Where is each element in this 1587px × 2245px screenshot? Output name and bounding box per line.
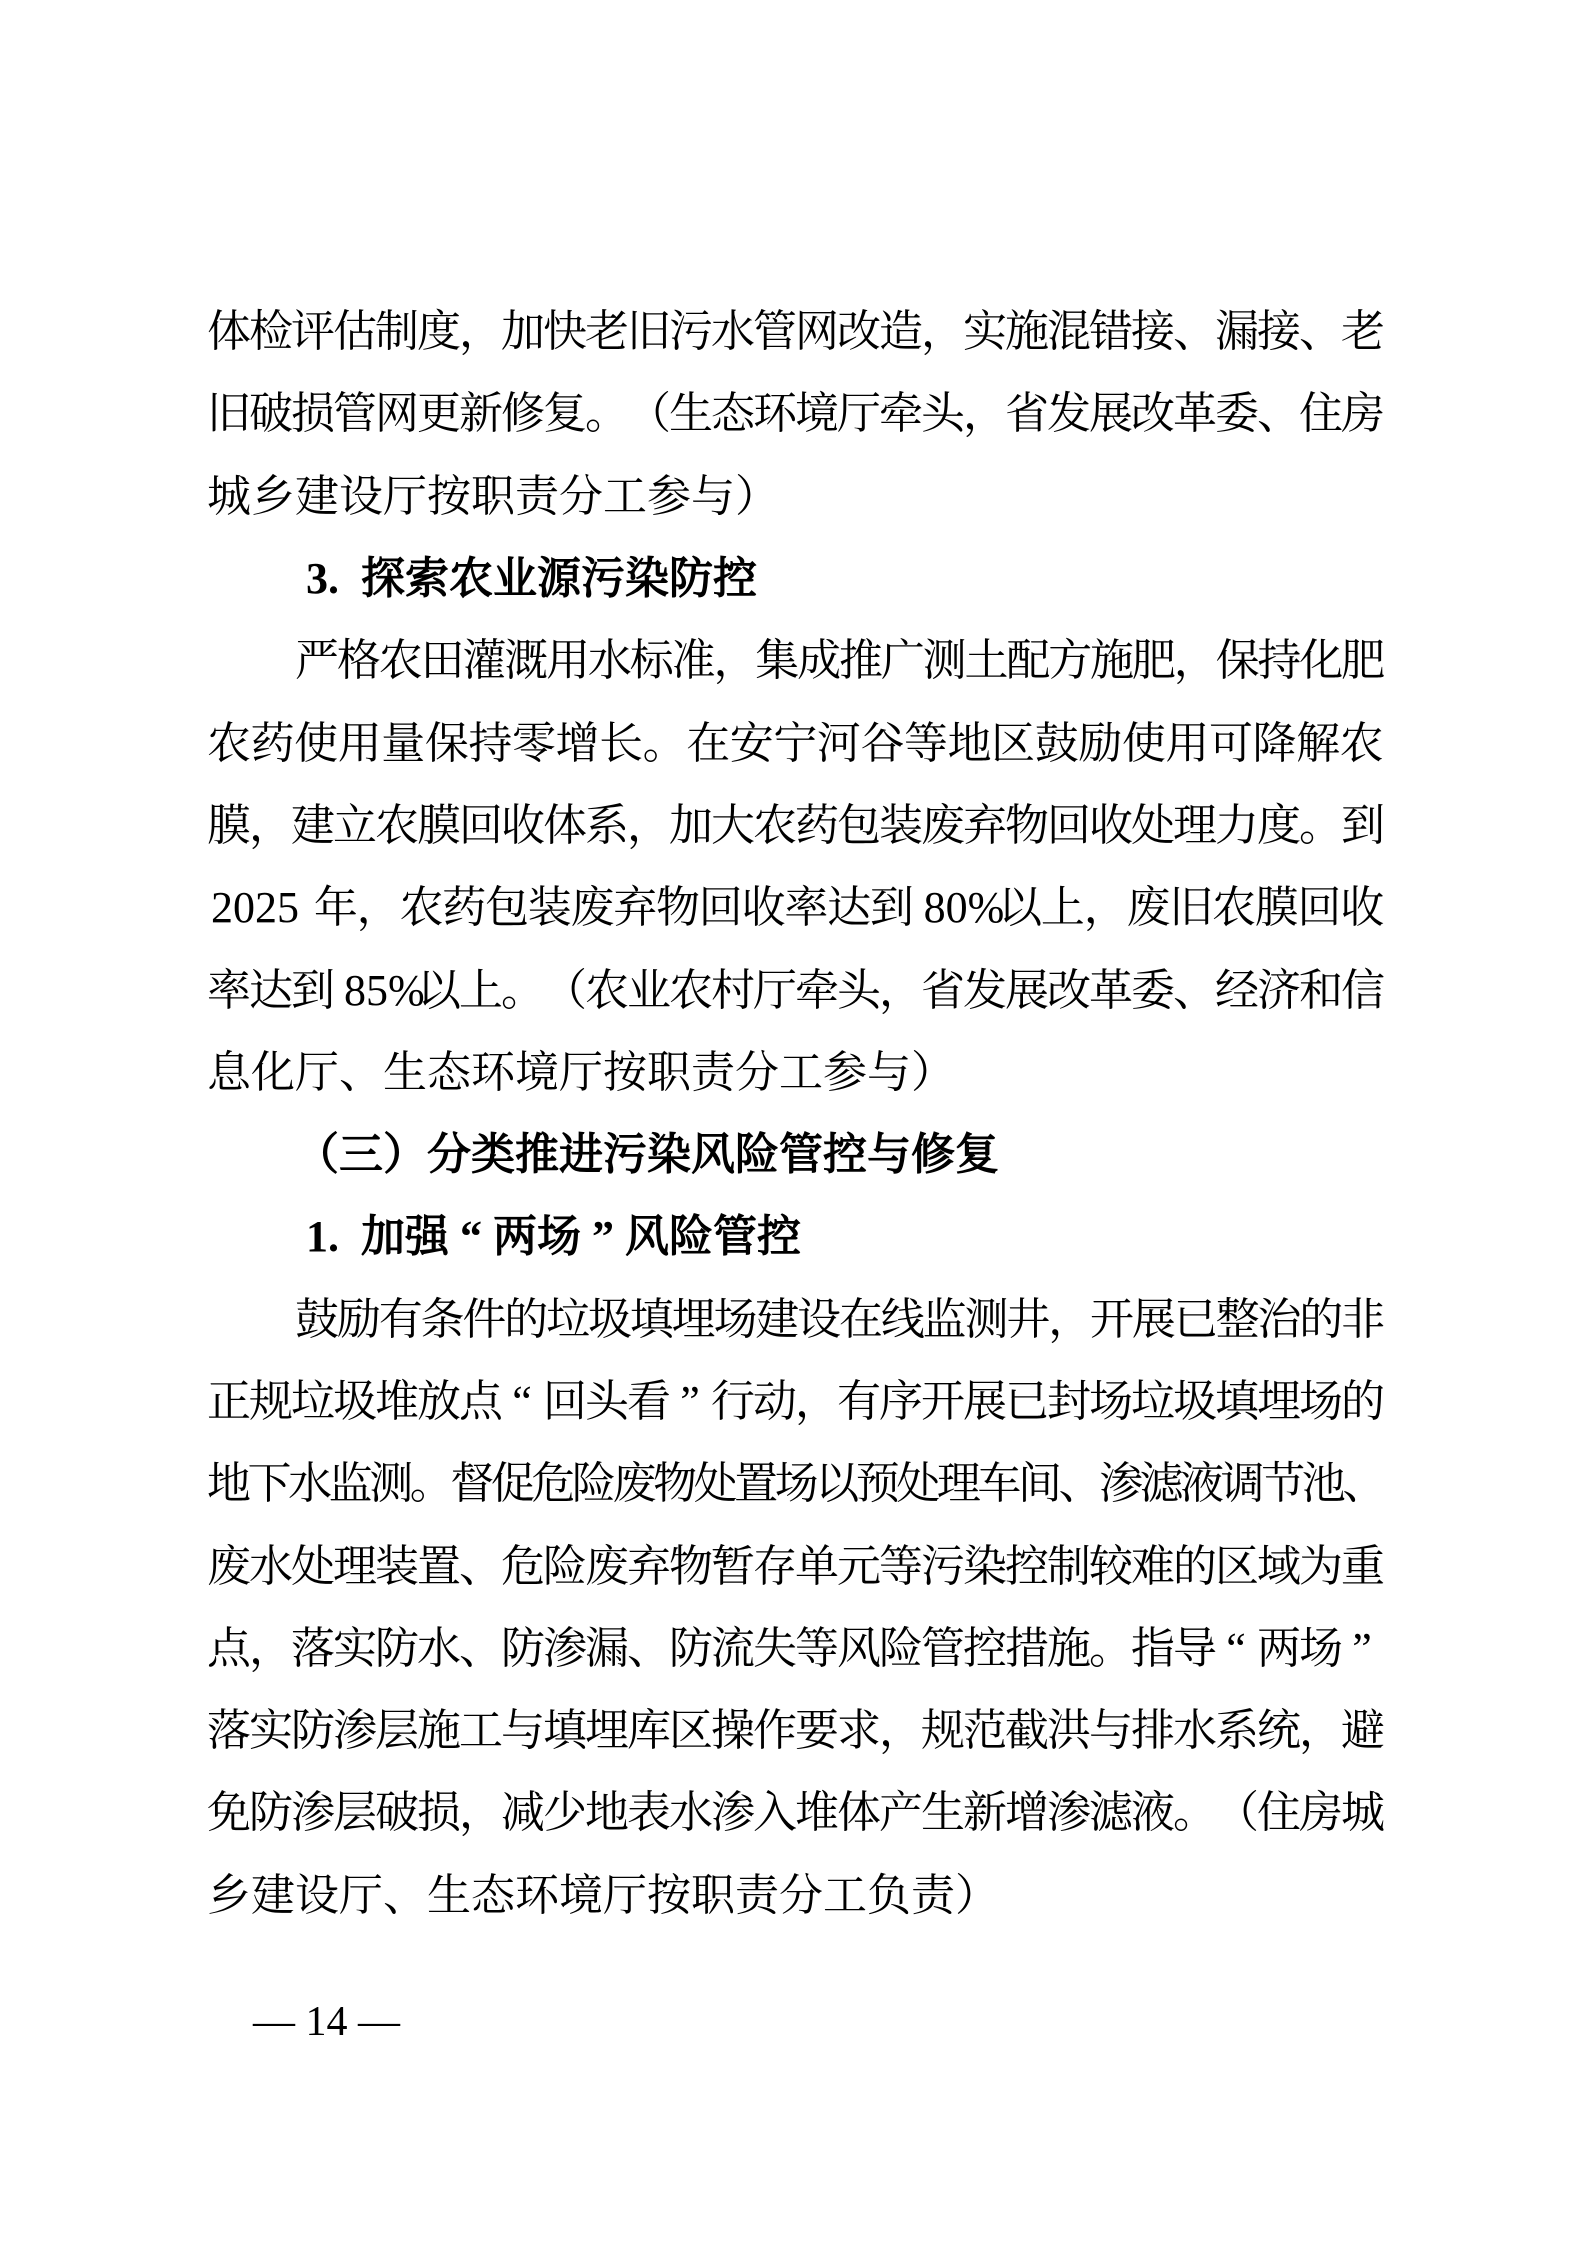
heading-number-line: 1. 加强“两场”风险管控 [207, 1196, 1383, 1278]
document-body: 体检评估制度，加快老旧污水管网改造，实施混错接、漏接、老旧破损管网更新修复。（生… [207, 291, 1383, 1937]
heading-section-line: （三）分类推进污染风险管控与修复 [207, 1114, 1383, 1196]
text-line: 体检评估制度，加快老旧污水管网改造，实施混错接、漏接、老 [207, 291, 1383, 373]
text-line: 乡建设厅、生态环境厅按职责分工负责） [207, 1855, 1383, 1937]
document-page: 体检评估制度，加快老旧污水管网改造，实施混错接、漏接、老旧破损管网更新修复。（生… [0, 0, 1587, 2245]
text-line: 正规垃圾堆放点“回头看”行动，有序开展已封场垃圾填埋场的 [207, 1361, 1383, 1443]
text-line: 点，落实防水、防渗漏、防流失等风险管控措施。指导“两场” [207, 1608, 1383, 1690]
text-line: 2025 年，农药包装废弃物回收率达到 80%以上，废旧农膜回收 [207, 867, 1383, 949]
text-line: 严格农田灌溉用水标准，集成推广测土配方施肥，保持化肥 [207, 620, 1383, 702]
text-line: 膜，建立农膜回收体系，加大农药包装废弃物回收处理力度。到 [207, 785, 1383, 867]
text-line: 农药使用量保持零增长。在安宁河谷等地区鼓励使用可降解农 [207, 702, 1383, 784]
text-line: 落实防渗层施工与填埋库区操作要求，规范截洪与排水系统，避 [207, 1690, 1383, 1772]
text-line: 废水处理装置、危险废弃物暂存单元等污染控制较难的区域为重 [207, 1525, 1383, 1607]
heading-number-line: 3. 探索农业源污染防控 [207, 538, 1383, 620]
text-line: 城乡建设厅按职责分工参与） [207, 456, 1383, 538]
text-line: 息化厅、生态环境厅按职责分工参与） [207, 1032, 1383, 1114]
text-line: 旧破损管网更新修复。（生态环境厅牵头，省发展改革委、住房 [207, 373, 1383, 455]
text-line: 免防渗层破损，减少地表水渗入堆体产生新增渗滤液。（住房城 [207, 1772, 1383, 1854]
text-line: 地下水监测。督促危险废物处置场以预处理车间、渗滤液调节池、 [207, 1443, 1383, 1525]
page-number: — 14 — [253, 1998, 400, 2046]
text-line: 鼓励有条件的垃圾填埋场建设在线监测井，开展已整治的非 [207, 1279, 1383, 1361]
text-line: 率达到 85%以上。（农业农村厅牵头，省发展改革委、经济和信 [207, 949, 1383, 1031]
